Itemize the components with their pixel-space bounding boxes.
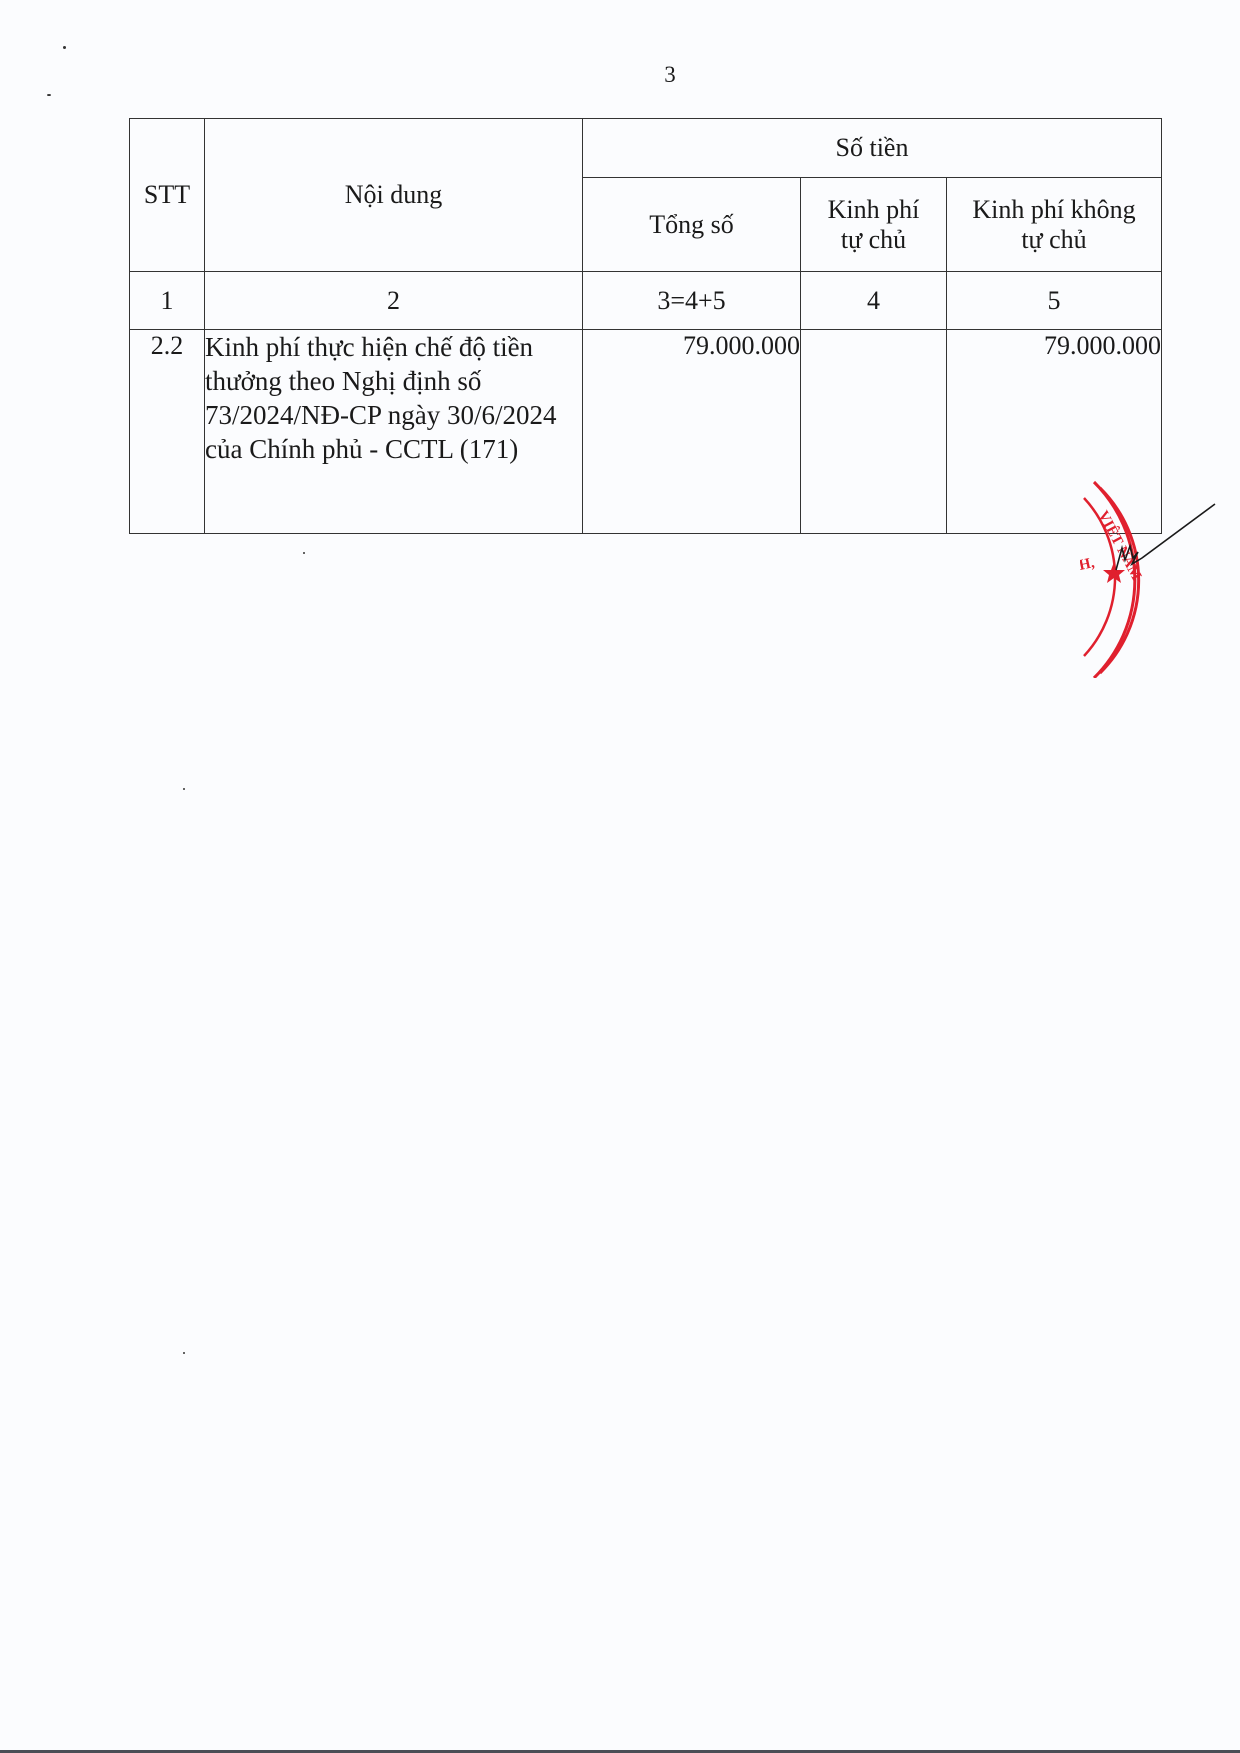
header-autonomous: Kinh phí tự chủ (801, 178, 947, 272)
colnum-non-autonomous: 5 (947, 272, 1162, 330)
row-autonomous (801, 330, 947, 534)
colnum-autonomous: 4 (801, 272, 947, 330)
column-number-row: 1 2 3=4+5 4 5 (130, 272, 1162, 330)
table-row: 2.2 Kinh phí thực hiện chế độ tiền thưởn… (130, 330, 1162, 534)
header-non-autonomous-line2: tự chủ (1021, 225, 1086, 254)
seal-icon: VIỆT NAM H, (1080, 478, 1220, 678)
colnum-total: 3=4+5 (583, 272, 801, 330)
row-total: 79.000.000 (583, 330, 801, 534)
header-non-autonomous-line1: Kinh phí không (972, 195, 1135, 224)
scan-speck (47, 94, 51, 96)
scan-speck (183, 788, 185, 790)
row-content: Kinh phí thực hiện chế độ tiền thưởng th… (205, 330, 583, 534)
header-total: Tổng số (583, 178, 801, 272)
page-number: 3 (0, 62, 1240, 88)
header-autonomous-line2: tự chủ (841, 225, 906, 254)
colnum-stt: 1 (130, 272, 205, 330)
header-non-autonomous: Kinh phí không tự chủ (947, 178, 1162, 272)
header-stt: STT (130, 119, 205, 272)
row-stt: 2.2 (130, 330, 205, 534)
scan-speck (183, 1352, 185, 1354)
budget-table: STT Nội dung Số tiền Tổng số Kinh phí tự… (129, 118, 1162, 534)
header-content: Nội dung (205, 119, 583, 272)
seal-text-fragment: H, (1080, 555, 1096, 574)
official-seal-stamp: VIỆT NAM H, (1080, 478, 1220, 678)
scan-speck (63, 46, 66, 49)
header-amount-group: Số tiền (583, 119, 1162, 178)
colnum-content: 2 (205, 272, 583, 330)
header-autonomous-line1: Kinh phí (828, 195, 920, 224)
header-row-1: STT Nội dung Số tiền (130, 119, 1162, 178)
scan-speck (303, 552, 305, 554)
